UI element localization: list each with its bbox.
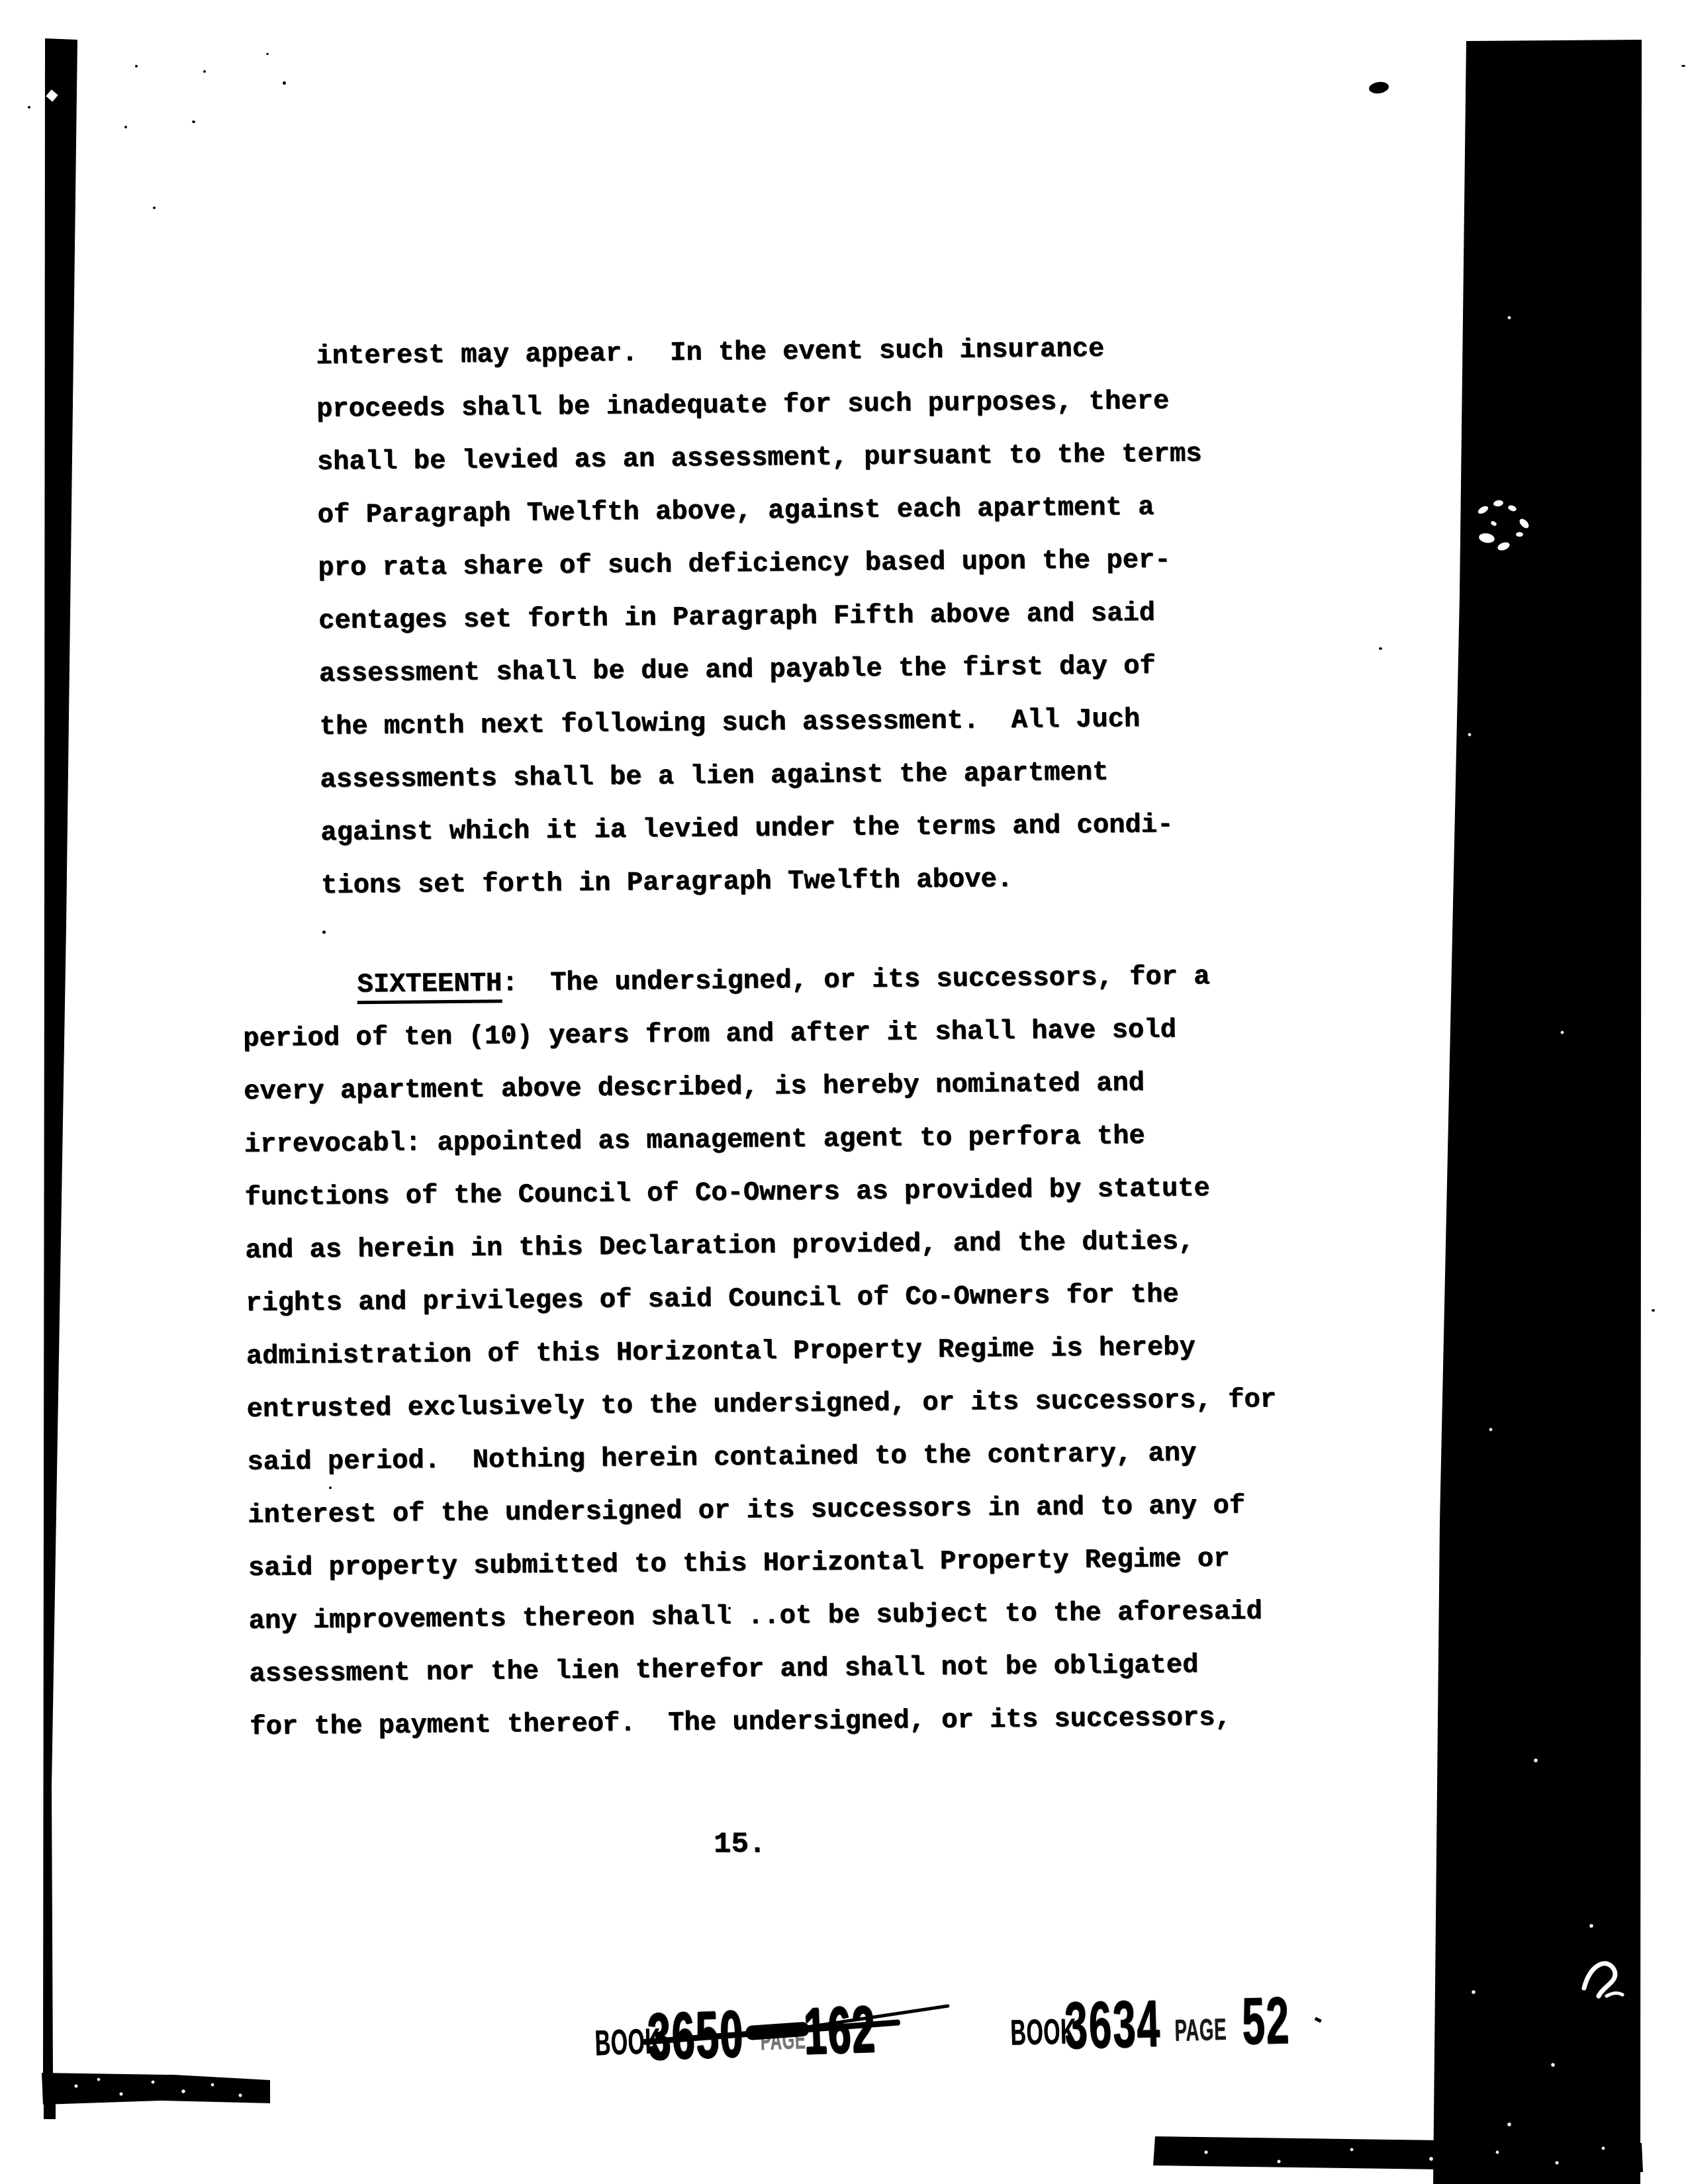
- paragraph-continuation: interest may appear. In the event such i…: [316, 321, 1272, 913]
- ink-dot: [1368, 81, 1389, 95]
- smudge-squiggle: [1577, 1954, 1630, 2007]
- page-number: 15.: [714, 1828, 766, 1861]
- stamp-new-stray-tick: [1315, 2017, 1322, 2023]
- paragraph-sixteenth-body: period of ten (10) years from and after …: [243, 1003, 1280, 1754]
- scan-bar-left: [40, 38, 81, 2073]
- document-text: interest may appear. In the event such i…: [236, 321, 1280, 1754]
- stamp-new-page-label: PAGE: [1174, 2016, 1227, 2044]
- sixteenth-first-line-rest: : The undersigned, or its successors, fo…: [502, 962, 1210, 999]
- sixteenth-first-line: SIXTEENTH: The undersigned, or its succe…: [357, 950, 1272, 1011]
- scan-band-bottom-left: [42, 2066, 270, 2106]
- stamp-new-book-number: 3634: [1064, 1999, 1161, 2050]
- book-page-stamp-new: BOOK 3634 PAGE 52: [1009, 1983, 1329, 2052]
- scanned-document-page: interest may appear. In the event such i…: [0, 0, 1688, 2184]
- scan-bar-right: [1430, 40, 1643, 2184]
- scan-band-bottom-left-stub: [44, 2102, 56, 2119]
- stamp-new-page-number: 52: [1241, 1996, 1290, 2046]
- sixteenth-heading: SIXTEENTH: [357, 968, 502, 1004]
- book-page-stamp-old: BOOK 3650 PAGE 162: [593, 1987, 953, 2064]
